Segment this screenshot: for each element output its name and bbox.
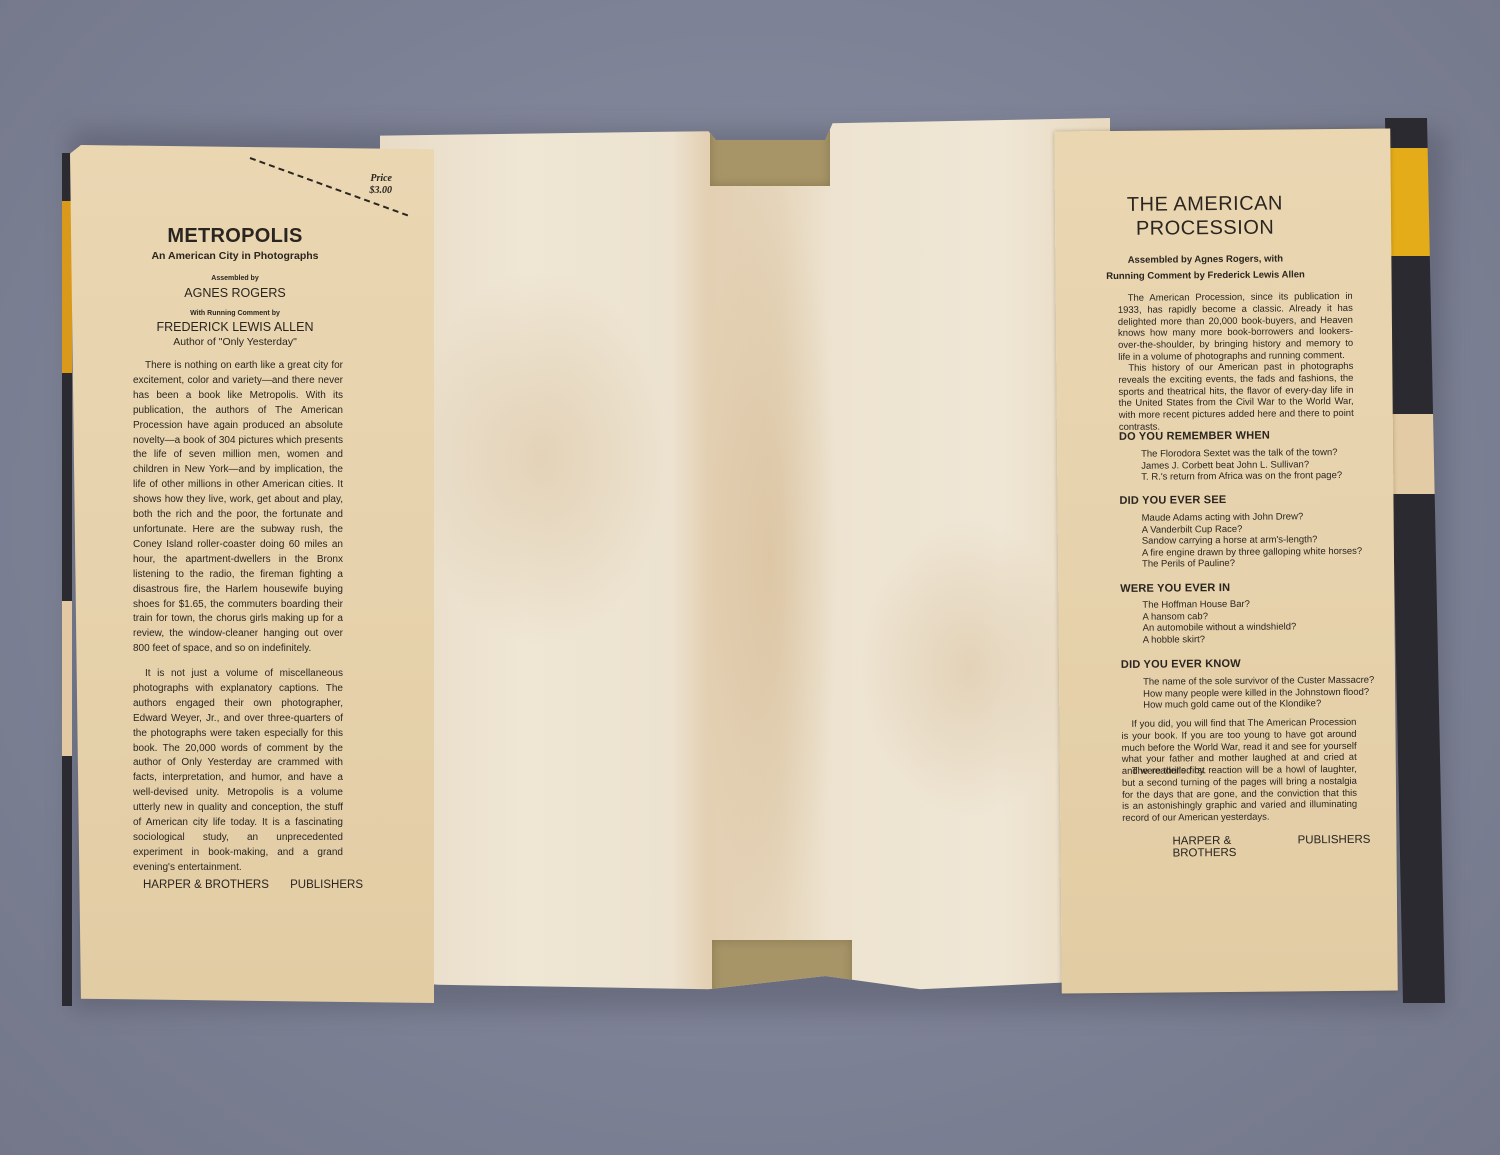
yellow-stripe [62,201,72,373]
left-cover-edge [62,153,72,1005]
question-item: T. R.'s return from Africa was on the fr… [1141,470,1342,483]
age-stain [410,268,670,648]
price-tag: Price $3.00 [350,173,392,197]
comment-label: With Running Comment by [70,310,400,317]
publisher-name: HARPER & BROTHERS [143,879,269,891]
question-item: How many people were killed in the Johns… [1143,686,1374,700]
book-title: METROPOLIS [70,225,400,248]
description-paragraph-1: There is nothing on earth like a great c… [133,359,343,657]
question-item: An automobile without a windshield? [1143,621,1297,634]
back-flap-american-procession: THE AMERICAN PROCESSION Assembled by Agn… [1054,129,1398,994]
publisher-label: PUBLISHERS [1298,834,1371,859]
question-item: How much gold came out of the Klondike? [1143,698,1374,712]
question-list: The name of the sole survivor of the Cus… [1143,675,1375,712]
publisher-label: PUBLISHERS [290,879,363,891]
black-stripe [62,756,72,1006]
title-line-1: THE AMERICAN [1055,191,1355,218]
section-heading: DID YOU EVER KNOW [1121,658,1241,671]
question-list: Maude Adams acting with John Drew? A Van… [1142,511,1363,570]
commentator-name: FREDERICK LEWIS ALLEN [70,320,400,334]
question-item: The Florodora Sextet was the talk of the… [1141,447,1342,460]
price-label: Price [350,173,392,185]
section-heading: DID YOU EVER SEE [1119,494,1226,507]
publisher-name: HARPER & BROTHERS [1172,834,1297,859]
spine-stain [700,168,840,948]
book-credits: Assembled by Agnes Rogers, with Running … [1055,251,1355,286]
section-heading: WERE YOU EVER IN [1120,582,1230,595]
paper-gap [62,601,72,756]
question-list: The Hoffman House Bar? A hansom cab? An … [1142,598,1296,645]
question-list: The Florodora Sextet was the talk of the… [1141,447,1342,483]
question-item: A hobble skirt? [1143,633,1297,646]
front-flap-metropolis: Price $3.00 METROPOLIS An American City … [70,145,434,1003]
price-value: $3.00 [350,185,392,197]
question-item: The Perils of Pauline? [1142,557,1362,570]
question-item: A fire engine drawn by three galloping w… [1142,545,1362,558]
credit-line-2: Running Comment by Frederick Lewis Allen [1055,267,1355,286]
book-title: THE AMERICAN PROCESSION [1055,191,1355,242]
closing-paragraph-2: The reader's first reaction will be a ho… [1122,764,1358,825]
black-stripe [62,373,72,601]
publisher-line: HARPER & BROTHERS PUBLISHERS [1172,834,1370,860]
assembler-name: AGNES ROGERS [70,286,400,300]
book-subtitle: An American City in Photographs [70,250,400,262]
title-line-2: PROCESSION [1055,215,1355,242]
section-heading: DO YOU REMEMBER WHEN [1119,430,1270,443]
age-stain [860,518,1080,818]
commentator-credit: Author of "Only Yesterday" [70,336,400,348]
intro-paragraph-1: The American Procession, since its publi… [1118,291,1354,364]
description-paragraph-2: It is not just a volume of miscellaneous… [133,667,343,876]
intro-paragraph-2: This history of our American past in pho… [1118,361,1354,434]
jacket-inner-side [380,118,1110,998]
assembled-by-label: Assembled by [70,275,400,282]
publisher-line: HARPER & BROTHERS PUBLISHERS [143,879,363,891]
